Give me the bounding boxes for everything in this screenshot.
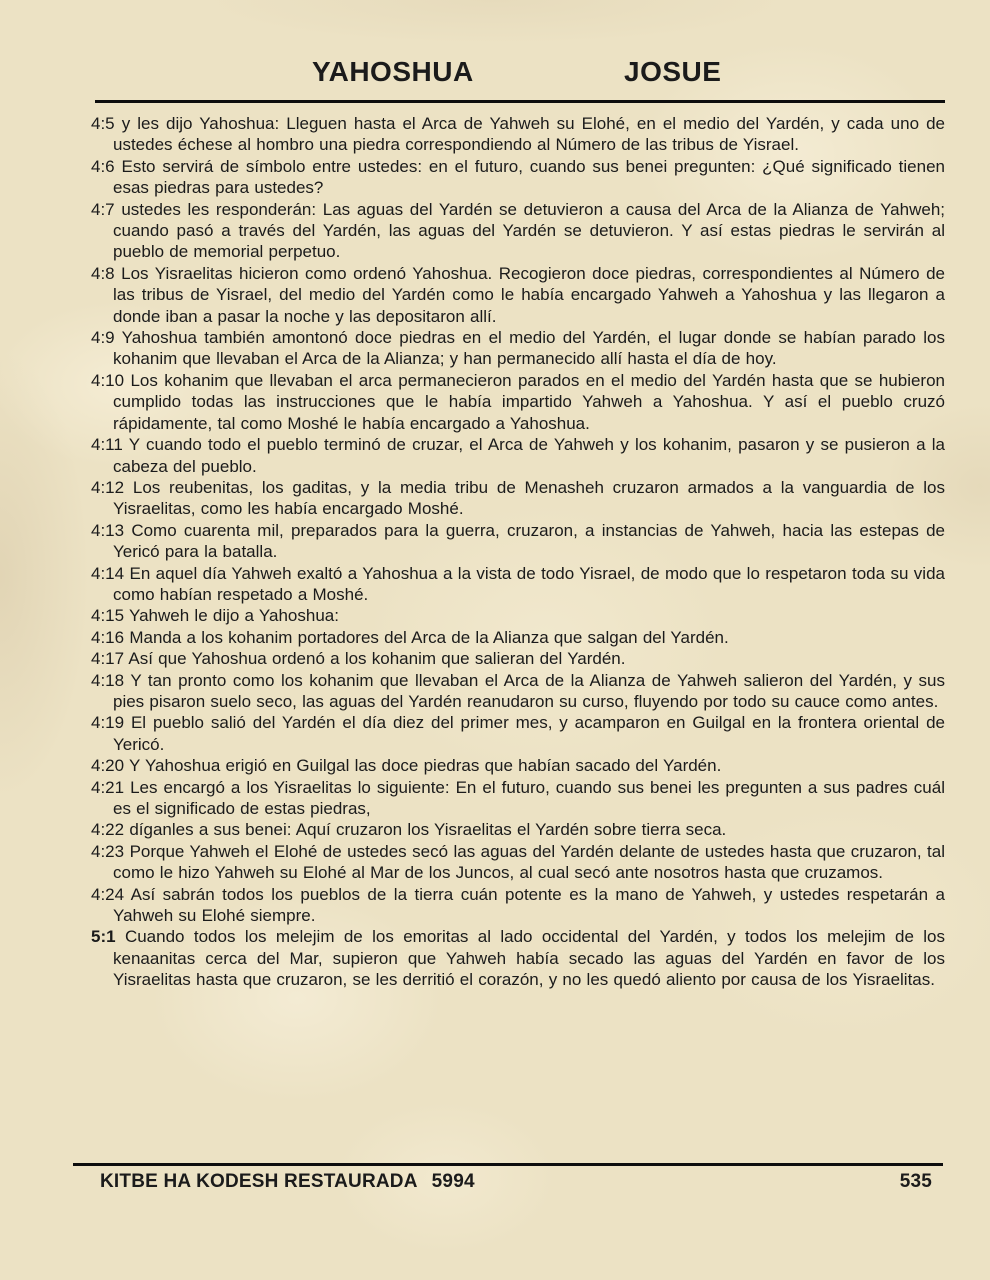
verse: 4:15 Yahweh le dijo a Yahoshua:: [91, 605, 945, 626]
verse: 4:8 Los Yisraelitas hicieron como ordenó…: [91, 263, 945, 327]
verse-number: 4:18: [91, 671, 124, 690]
verse-number: 4:5: [91, 114, 115, 133]
verse-number: 4:13: [91, 521, 124, 540]
verse-body: Los kohanim que llevaban el arca permane…: [113, 371, 945, 433]
verse: 4:6 Esto servirá de símbolo entre ustede…: [91, 156, 945, 199]
verse-body: Y Yahoshua erigió en Guilgal las doce pi…: [129, 756, 721, 775]
verse-number: 4:9: [91, 328, 115, 347]
edition-year: 5994: [432, 1171, 475, 1192]
verse: 5:1 Cuando todos los melejim de los emor…: [91, 926, 945, 990]
verse: 4:14 En aquel día Yahweh exaltó a Yahosh…: [91, 563, 945, 606]
verse: 4:5 y les dijo Yahoshua: Lleguen hasta e…: [91, 113, 945, 156]
verse-number: 4:20: [91, 756, 124, 775]
verse: 4:12 Los reubenitas, los gaditas, y la m…: [91, 477, 945, 520]
edition-label: KITBE HA KODESH RESTAURADA5994: [100, 1171, 475, 1193]
verse-number: 4:16: [91, 628, 124, 647]
verse-body: díganles a sus benei: Aquí cruzaron los …: [129, 820, 726, 839]
verse: 4:16 Manda a los kohanim portadores del …: [91, 627, 945, 648]
verse-body: ustedes les responderán: Las aguas del Y…: [113, 200, 945, 262]
verse-body: Cuando todos los melejim de los emoritas…: [113, 927, 945, 989]
verse: 4:18 Y tan pronto como los kohanim que l…: [91, 670, 945, 713]
verse: 4:21 Les encargó a los Yisraelitas lo si…: [91, 777, 945, 820]
verse-body: y les dijo Yahoshua: Lleguen hasta el Ar…: [113, 114, 945, 154]
verse-number: 4:10: [91, 371, 124, 390]
verse-body: Los Yisraelitas hicieron como ordenó Yah…: [113, 264, 945, 326]
verse-body: En aquel día Yahweh exaltó a Yahoshua a …: [113, 564, 945, 604]
verse: 4:22 díganles a sus benei: Aquí cruzaron…: [91, 819, 945, 840]
verse-body: Esto servirá de símbolo entre ustedes: e…: [113, 157, 945, 197]
verse: 4:17 Así que Yahoshua ordenó a los kohan…: [91, 648, 945, 669]
verse-body: Así sabrán todos los pueblos de la tierr…: [113, 885, 945, 925]
verse: 4:23 Porque Yahweh el Elohé de ustedes s…: [91, 841, 945, 884]
verse-body: El pueblo salió del Yardén el día diez d…: [113, 713, 945, 753]
verse-number: 5:1: [91, 927, 116, 946]
verse: 4:11 Y cuando todo el pueblo terminó de …: [91, 434, 945, 477]
edition-name: KITBE HA KODESH RESTAURADA: [100, 1171, 418, 1192]
footer-divider: [73, 1163, 943, 1166]
verse-number: 4:11: [91, 435, 123, 454]
verse-body: Manda a los kohanim portadores del Arca …: [129, 628, 728, 647]
verse-body: Porque Yahweh el Elohé de ustedes secó l…: [113, 842, 945, 882]
verse: 4:9 Yahoshua también amontonó doce piedr…: [91, 327, 945, 370]
header-divider: [95, 100, 945, 103]
verse-number: 4:21: [91, 778, 124, 797]
book-title-transliterated: YAHOSHUA: [312, 58, 474, 86]
verse-body: Así que Yahoshua ordenó a los kohanim qu…: [128, 649, 625, 668]
verse-number: 4:24: [91, 885, 124, 904]
verse-body: Como cuarenta mil, preparados para la gu…: [113, 521, 945, 561]
verse-number: 4:17: [91, 649, 124, 668]
verse-text-block: 4:5 y les dijo Yahoshua: Lleguen hasta e…: [91, 113, 945, 1161]
verse-number: 4:15: [91, 606, 124, 625]
verse: 4:24 Así sabrán todos los pueblos de la …: [91, 884, 945, 927]
verse-number: 4:23: [91, 842, 124, 861]
verse-number: 4:12: [91, 478, 124, 497]
verse-number: 4:7: [91, 200, 115, 219]
verse-body: Les encargó a los Yisraelitas lo siguien…: [113, 778, 945, 818]
verse: 4:20 Y Yahoshua erigió en Guilgal las do…: [91, 755, 945, 776]
verse: 4:10 Los kohanim que llevaban el arca pe…: [91, 370, 945, 434]
verse: 4:7 ustedes les responderán: Las aguas d…: [91, 199, 945, 263]
verse-number: 4:14: [91, 564, 124, 583]
scripture-page: YAHOSHUA JOSUE 4:5 y les dijo Yahoshua: …: [0, 0, 990, 1280]
verse-body: Y cuando todo el pueblo terminó de cruza…: [113, 435, 945, 475]
verse-body: Yahoshua también amontonó doce piedras e…: [113, 328, 945, 368]
verse-body: Los reubenitas, los gaditas, y la media …: [113, 478, 945, 518]
verse: 4:19 El pueblo salió del Yardén el día d…: [91, 712, 945, 755]
verse-body: Yahweh le dijo a Yahoshua:: [129, 606, 339, 625]
verse: 4:13 Como cuarenta mil, preparados para …: [91, 520, 945, 563]
verse-number: 4:19: [91, 713, 124, 732]
verse-body: Y tan pronto como los kohanim que llevab…: [113, 671, 945, 711]
verse-number: 4:8: [91, 264, 115, 283]
page-number: 535: [900, 1171, 932, 1193]
verse-number: 4:22: [91, 820, 124, 839]
page-footer: KITBE HA KODESH RESTAURADA5994 535: [100, 1171, 932, 1193]
book-title-spanish: JOSUE: [624, 58, 721, 86]
verse-number: 4:6: [91, 157, 115, 176]
